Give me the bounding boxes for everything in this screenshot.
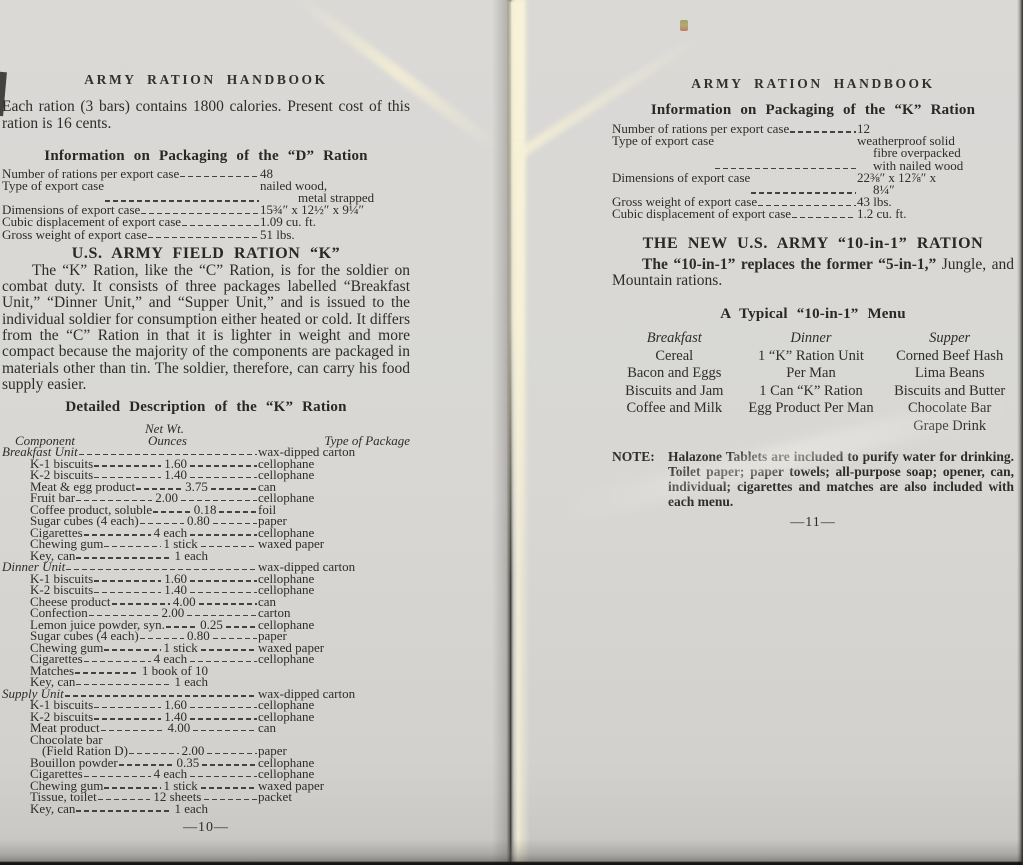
dash-leader	[201, 546, 257, 547]
dash-leader	[751, 192, 856, 193]
packaging-info-row: Gross weight of export case 51 lbs.	[2, 229, 410, 241]
dash-leader	[193, 730, 257, 731]
menu-item: Per Man	[737, 365, 886, 383]
package-type: cellophane	[258, 584, 410, 596]
dash-leader	[104, 787, 160, 788]
packaging-info-row: Cubic displacement of export case 1.2 cu…	[612, 208, 1014, 220]
dash-leader	[101, 730, 165, 731]
dash-leader	[94, 580, 161, 581]
ink-speck	[680, 20, 688, 31]
menu-column: Breakfast CerealBacon and EggsBiscuits a…	[612, 330, 737, 435]
menu-column: Dinner 1 “K” Ration UnitPer Man1 Can “K”…	[737, 330, 886, 435]
dash-leader	[226, 626, 257, 627]
dash-leader	[84, 661, 151, 662]
dash-leader	[181, 500, 257, 501]
menu-item: 1 Can “K” Ration	[737, 383, 886, 401]
running-head: ARMY RATION HANDBOOK	[2, 72, 410, 88]
dash-leader	[211, 488, 257, 489]
package-type: cellophane	[258, 469, 410, 481]
k-ration-packaging-title: Information on Packaging of the “K” Rati…	[612, 102, 1014, 119]
info-label: Gross weight of export case	[2, 229, 147, 241]
dash-leader	[207, 753, 257, 754]
dash-leader	[94, 718, 161, 719]
dash-leader	[204, 799, 257, 800]
dash-leader	[201, 787, 257, 788]
package-type: can	[258, 722, 410, 734]
dash-leader	[76, 500, 152, 501]
d-ration-intro: Each ration (3 bars) contains 1800 calor…	[2, 99, 410, 132]
dash-leader	[76, 684, 171, 685]
k-table-column-headers: Net Wt. Component Ounces Type of Package	[2, 421, 410, 446]
component-label: Key, can	[2, 803, 75, 815]
dash-leader	[104, 649, 160, 650]
info-label: Cubic displacement of export case	[612, 208, 791, 220]
menu-item: Chocolate Bar	[885, 400, 1014, 418]
net-weight-value: 2.00	[153, 492, 180, 504]
menu-item: Grape Drink	[885, 418, 1014, 436]
dash-leader	[190, 477, 257, 478]
info-value: 22⅜″ x 12⅞″ x8¼″	[857, 172, 1014, 196]
menu-item: 1 “K” Ration Unit	[737, 348, 886, 366]
package-type: cellophane	[258, 653, 410, 665]
menu-column-header: Supper	[885, 330, 1014, 348]
column-header-package: Type of Package	[324, 433, 410, 449]
dash-leader	[148, 237, 259, 238]
column-header-ounces: Ounces	[148, 433, 187, 449]
dash-leader	[94, 477, 161, 478]
info-label: Type of export case	[612, 135, 714, 147]
menu-item: Lima Beans	[885, 365, 1014, 383]
dash-leader	[190, 661, 257, 662]
book-spread: ARMY RATION HANDBOOK Each ration (3 bars…	[0, 0, 1023, 865]
menu-item: Biscuits and Butter	[885, 383, 1014, 401]
net-weight-value: 1 each	[172, 550, 210, 562]
info-value: 51 lbs.	[260, 229, 410, 241]
page-left: ARMY RATION HANDBOOK Each ration (3 bars…	[0, 0, 509, 865]
info-value: nailed wood,metal strapped	[260, 180, 410, 204]
field-ration-k-paragraph: The “K” Ration, like the “C” Ration, is …	[2, 263, 410, 393]
note-text: Halazone Tablets are included to purify …	[668, 450, 1014, 509]
menu-title: A Typical “10-in-1” Menu	[612, 306, 1014, 323]
info-value: weatherproof solidfibre overpackedwith n…	[857, 135, 1014, 172]
dash-leader	[190, 718, 257, 719]
note-block: NOTE: Halazone Tablets are included to p…	[612, 450, 1014, 509]
page-right-content: ARMY RATION HANDBOOK Information on Pack…	[612, 76, 1014, 531]
column-header-component: Component	[15, 433, 75, 449]
field-ration-k-title: U.S. ARMY FIELD RATION “K”	[2, 245, 410, 263]
package-type: packet	[258, 791, 410, 803]
package-type: waxed paper	[258, 538, 410, 550]
net-weight-value: 1 each	[172, 803, 210, 815]
dash-leader	[129, 753, 179, 754]
dash-leader	[94, 592, 161, 593]
dash-leader	[79, 454, 257, 455]
dash-leader	[94, 465, 161, 466]
typical-menu: Breakfast CerealBacon and EggsBiscuits a…	[612, 330, 1014, 435]
menu-item: Cereal	[612, 348, 737, 366]
dash-leader	[153, 511, 191, 512]
packaging-info-row: Dimensions of export case 22⅜″ x 12⅞″ x8…	[612, 172, 1014, 196]
dash-leader	[213, 523, 257, 524]
dash-leader	[202, 764, 257, 765]
dash-leader	[219, 511, 257, 512]
dash-leader	[98, 799, 151, 800]
package-type: cellophane	[258, 492, 410, 504]
info-label: Type of export case	[2, 180, 104, 192]
dash-leader	[201, 649, 257, 650]
package-type: cellophane	[258, 711, 410, 723]
dash-leader	[190, 465, 257, 466]
page-left-content: ARMY RATION HANDBOOK Each ration (3 bars…	[2, 72, 410, 836]
info-value: 1.2 cu. ft.	[857, 208, 1014, 220]
dash-leader	[790, 131, 856, 132]
dash-leader	[76, 557, 171, 558]
dash-leader	[180, 176, 259, 177]
k-ration-packaging-list: Number of rations per export case 12 Typ…	[612, 123, 1014, 221]
table-row: Key, can 1 each	[2, 803, 410, 815]
d-ration-packaging-title: Information on Packaging of the “D” Rati…	[2, 148, 410, 165]
dash-leader	[75, 672, 139, 673]
dash-leader	[65, 695, 257, 696]
menu-column-header: Breakfast	[612, 330, 737, 348]
k-ration-table: Breakfast Unit wax-dipped carton K-1 bis…	[2, 446, 410, 814]
page-number: —10—	[2, 820, 410, 836]
net-weight-value: 4.00	[165, 722, 192, 734]
net-weight-value: 0.80	[185, 515, 212, 527]
packaging-info-row: Type of export case weatherproof solidfi…	[612, 135, 1014, 172]
dash-leader	[213, 638, 257, 639]
dash-leader	[140, 523, 184, 524]
d-ration-packaging-list: Number of rations per export case 48 Typ…	[2, 168, 410, 241]
info-label: Dimensions of export case	[612, 172, 750, 184]
dash-leader	[190, 580, 257, 581]
dash-leader	[190, 534, 257, 535]
running-head: ARMY RATION HANDBOOK	[612, 76, 1014, 92]
menu-item: Bacon and Eggs	[612, 365, 737, 383]
page-number: —11—	[612, 515, 1014, 531]
menu-item: Egg Product Per Man	[737, 400, 886, 418]
dash-leader	[182, 225, 259, 226]
note-label: NOTE:	[612, 450, 668, 509]
dash-leader	[190, 776, 257, 777]
dash-leader	[190, 592, 257, 593]
dash-leader	[84, 776, 151, 777]
packaging-info-row: Type of export case nailed wood,metal st…	[2, 180, 410, 204]
menu-column-header: Dinner	[737, 330, 886, 348]
ten-in-one-title: THE NEW U.S. ARMY “10-in-1” RATION	[612, 235, 1014, 253]
k-table-title: Detailed Description of the “K” Ration	[2, 399, 410, 416]
dash-leader	[190, 707, 257, 708]
dash-leader	[199, 603, 257, 604]
menu-item: Coffee and Milk	[612, 400, 737, 418]
menu-item: Corned Beef Hash	[885, 348, 1014, 366]
menu-column: Supper Corned Beef HashLima BeansBiscuit…	[885, 330, 1014, 435]
dash-leader	[66, 569, 257, 570]
menu-item: Biscuits and Jam	[612, 383, 737, 401]
net-weight-value: 1 each	[172, 676, 210, 688]
dash-leader	[104, 546, 160, 547]
bold-lead: The “10-in-1” replaces the former “5-in-…	[642, 256, 936, 273]
ten-in-one-bold-paragraph: The “10-in-1” replaces the former “5-in-…	[612, 257, 1014, 290]
dash-leader	[94, 707, 161, 708]
net-weight-value: 3.75	[183, 481, 210, 493]
dash-leader	[89, 615, 159, 616]
dash-leader	[76, 810, 171, 811]
dash-leader	[792, 217, 856, 218]
dash-leader	[140, 638, 184, 639]
dash-leader	[187, 615, 257, 616]
page-right: ARMY RATION HANDBOOK Information on Pack…	[523, 0, 1023, 865]
